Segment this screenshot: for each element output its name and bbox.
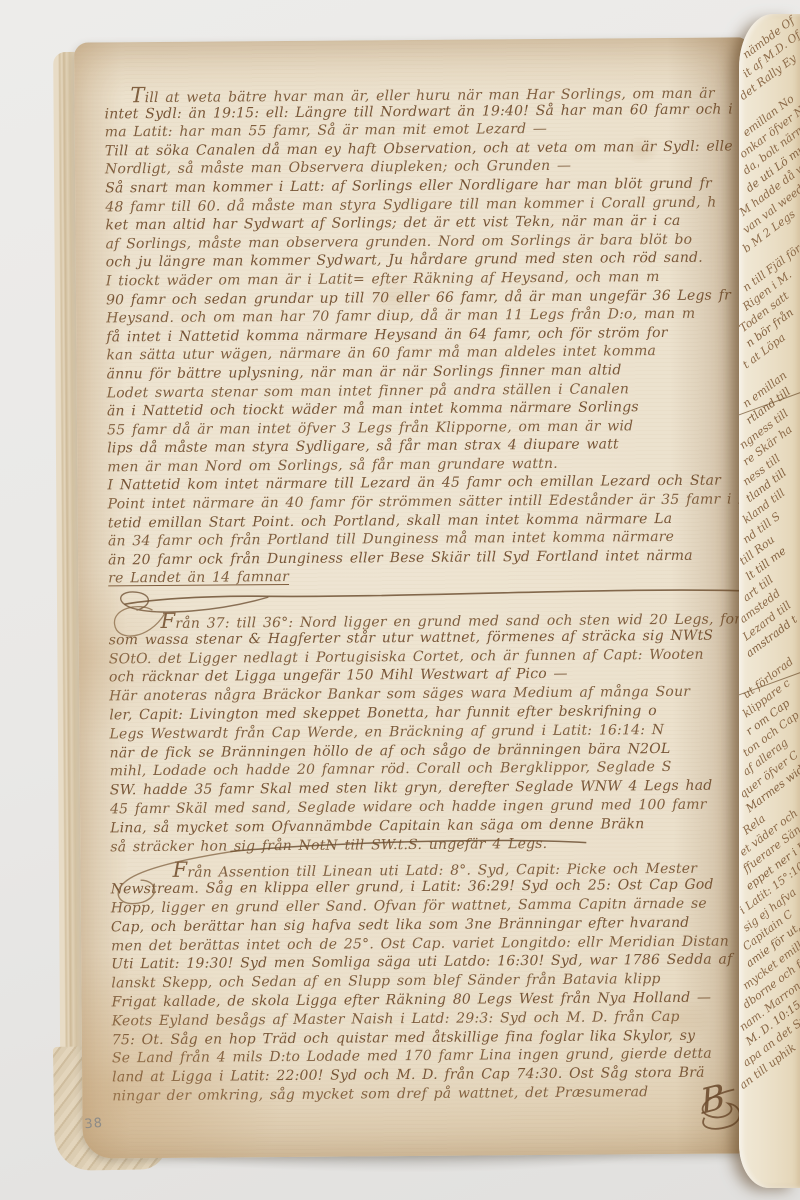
manuscript-text-line: re Landet än 14 famnar — [108, 565, 756, 589]
handwritten-text-block: Till at weta bätre hvar man är, eller hu… — [104, 81, 756, 1106]
paragraph-southern-ocean-sightings: Från Assention till Linean uti Latd: 8°.… — [110, 857, 756, 1106]
paragraph-atlantic-banks: Från 37: till 36°: Nord ligger en grund … — [108, 607, 756, 856]
pencil-page-number: 38 — [84, 1116, 104, 1132]
paragraph-channel-soundings: Till at weta bätre hvar man är, eller hu… — [104, 81, 756, 588]
next-page-curl: nämbde Ofit af M.D. Of,det Rally Eyemill… — [739, 14, 800, 1188]
photo-background: Till at weta bätre hvar man är, eller hu… — [0, 0, 800, 1200]
manuscript-text-line: ningar der omkring, såg mycket som dref … — [112, 1082, 757, 1106]
next-page-text-column: nämbde Ofit af M.D. Of,det Rally Eyemill… — [739, 48, 800, 1095]
manuscript-page: Till at weta bätre hvar man är, eller hu… — [74, 37, 757, 1158]
